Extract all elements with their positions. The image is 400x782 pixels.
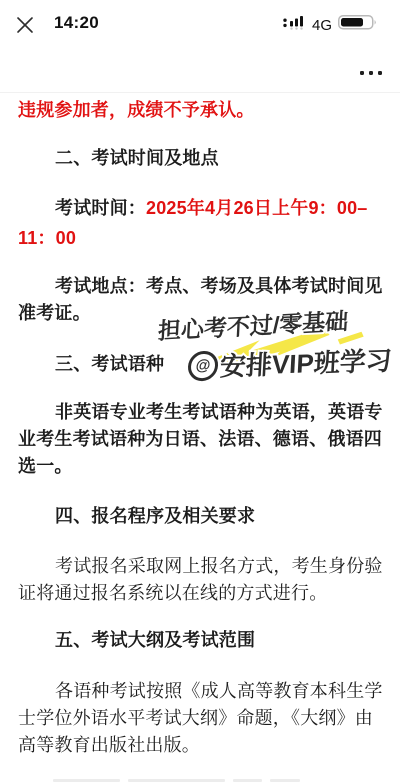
text-segment: 二、考试时间及地点 <box>55 148 219 168</box>
text-segment: 考试报名采取网上报名方式，考生身份验 <box>55 556 382 576</box>
text-segment: 准考证。 <box>18 303 91 323</box>
doc-line: 考试时间：2025年4月26日上午9：00– <box>18 195 382 222</box>
text-segment: 证将通过报名系统以在线的方式进行。 <box>18 583 327 603</box>
text-segment: 三、考试语种 <box>55 354 164 374</box>
text-segment: 选一。 <box>18 456 73 476</box>
doc-line: 选一。 <box>18 453 382 480</box>
cellular-signal-icon <box>282 15 306 35</box>
doc-line: 考试报名采取网上报名方式，考生身份验 <box>18 553 382 580</box>
network-type-label: 4G <box>312 17 332 34</box>
nav-bar <box>0 46 400 93</box>
doc-line: 高等教育出版社出版。 <box>18 732 382 759</box>
text-segment: 考试时间： <box>55 198 146 218</box>
text-segment: 业考生考试语种为日语、法语、德语、俄语四 <box>18 429 382 449</box>
doc-line: 业考生考试语种为日语、法语、德语、俄语四 <box>18 426 382 453</box>
text-segment: 高等教育出版社出版。 <box>18 735 200 755</box>
document-scroll-area[interactable]: 违规参加者，成绩不予承认。 二、考试时间及地点 考试时间：2025年4月26日上… <box>0 97 400 759</box>
doc-line: 11：00 <box>18 225 382 252</box>
doc-line: 准考证。 <box>18 300 382 327</box>
close-icon[interactable] <box>16 16 38 38</box>
text-segment: 2025年4月26日上午9：00– <box>146 198 368 218</box>
text-segment: 考试地点：考点、考场及具体考试时间见 <box>55 276 382 296</box>
text-segment: 违规参加者，成绩不予承认。 <box>18 100 255 120</box>
doc-line: 考试地点：考点、考场及具体考试时间见 <box>18 273 382 300</box>
section-heading: 二、考试时间及地点 <box>18 145 382 172</box>
section-heading: 五、考试大纲及考试范围 <box>18 627 382 654</box>
text-segment: 五、考试大纲及考试范围 <box>55 630 255 650</box>
status-right-cluster: 4G <box>282 15 378 35</box>
text-segment: 11：00 <box>18 228 76 248</box>
doc-line: 非英语专业考生考试语种为英语，英语专 <box>18 399 382 426</box>
status-time: 14:20 <box>54 13 99 33</box>
doc-line: 违规参加者，成绩不予承认。 <box>18 97 382 124</box>
phone-screen: 14:20 4G <box>0 0 400 782</box>
doc-line: 各语种考试按照《成人高等教育本科生学 <box>18 678 382 705</box>
section-heading: 四、报名程序及相关要求 <box>18 503 382 530</box>
section-heading: 三、考试语种 <box>18 351 382 378</box>
text-segment: 非英语专业考生考试语种为英语，英语专 <box>55 402 382 422</box>
battery-icon <box>338 15 378 35</box>
doc-line: 士学位外语水平考试大纲》命题，《大纲》由 <box>18 705 382 732</box>
text-segment: 各语种考试按照《成人高等教育本科生学 <box>55 681 382 701</box>
text-segment: 四、报名程序及相关要求 <box>55 506 255 526</box>
status-bar: 14:20 4G <box>0 0 400 46</box>
more-menu-icon[interactable] <box>356 62 386 84</box>
text-segment: 士学位外语水平考试大纲》命题，《大纲》由 <box>18 708 373 728</box>
doc-line: 证将通过报名系统以在线的方式进行。 <box>18 580 382 607</box>
